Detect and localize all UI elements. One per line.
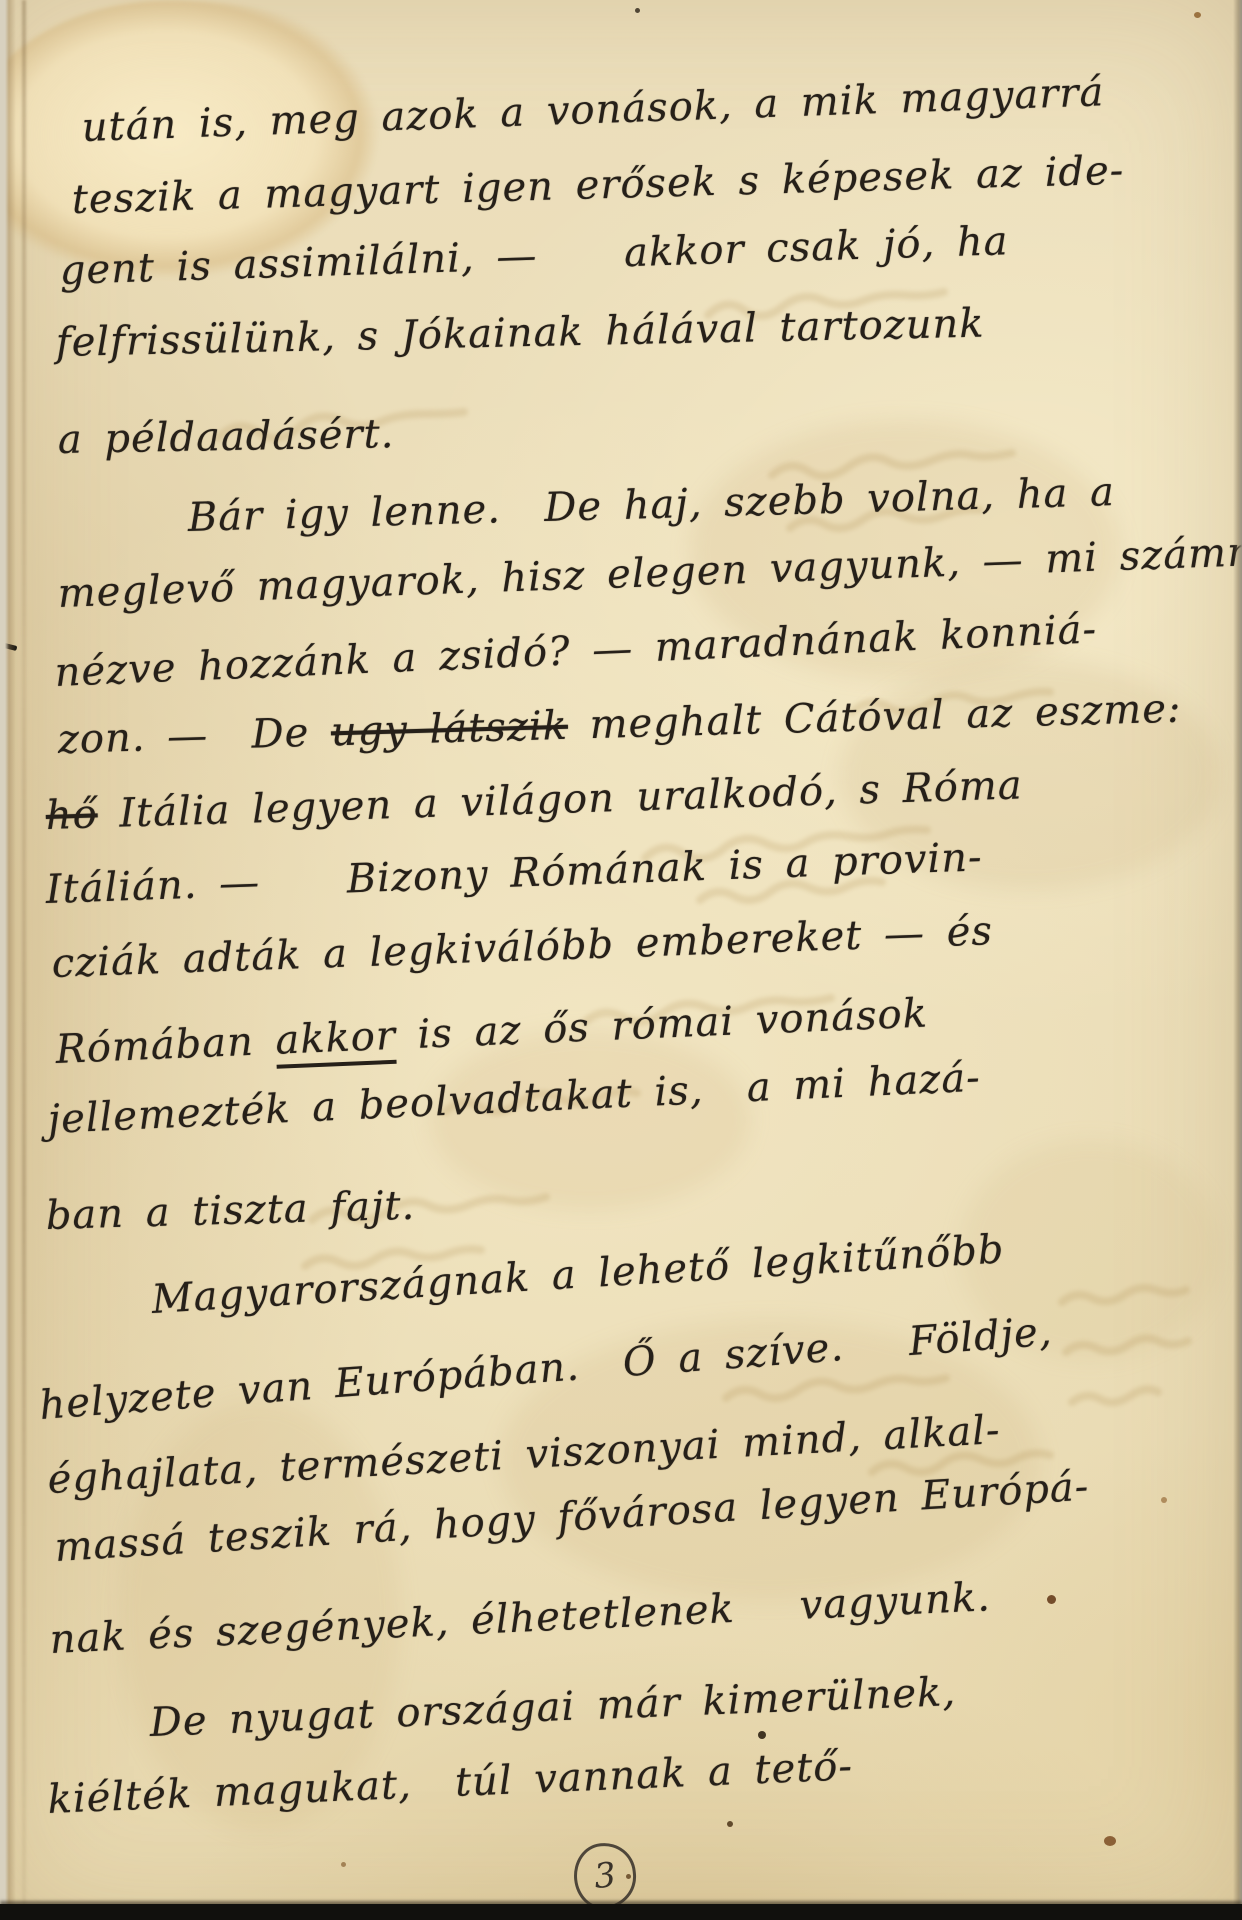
fox-spot bbox=[1104, 1836, 1116, 1846]
manuscript-line: a példaadásért. bbox=[57, 406, 394, 468]
strikethrough-text: ugy látszik bbox=[330, 703, 568, 756]
manuscript-line: Itálián. — Bizony Rómának is a provin- bbox=[45, 829, 984, 918]
scan-bottom-edge bbox=[0, 1904, 1242, 1920]
fox-spot bbox=[727, 1821, 733, 1827]
fox-spot bbox=[1194, 12, 1201, 18]
manuscript-line: ban a tiszta fajt. bbox=[45, 1178, 416, 1244]
manuscript-line: után is, meg azok a vonások, a mik magya… bbox=[81, 64, 1105, 156]
paper-right-edge bbox=[1233, 0, 1242, 1920]
ink-speck bbox=[758, 1731, 766, 1739]
margin-mark bbox=[0, 642, 17, 651]
manuscript-line: nak és szegények, élhetetlenek vagyunk. bbox=[48, 1569, 991, 1668]
paper-crease bbox=[22, 0, 26, 1920]
strikethrough-text: hő bbox=[45, 791, 98, 839]
ink-speck bbox=[635, 8, 640, 13]
manuscript-line: hő Itália legyen a világon uralkodó, s R… bbox=[45, 757, 1023, 844]
fox-spot bbox=[1161, 1497, 1167, 1503]
manuscript-line: felfrissülünk, s Jókainak hálával tartoz… bbox=[55, 296, 985, 371]
page-number: 3 bbox=[592, 1855, 618, 1897]
fox-spot bbox=[1047, 1595, 1056, 1604]
fox-spot bbox=[341, 1862, 346, 1867]
manuscript-line: cziák adták a legkiválóbb embereket — és bbox=[51, 903, 994, 992]
paper-left-edge bbox=[0, 0, 16, 1920]
underlined-word: akkor bbox=[275, 1013, 398, 1069]
manuscript-page: után is, meg azok a vonások, a mik magya… bbox=[0, 0, 1242, 1920]
manuscript-line: kiélték magukat, túl vannak a tető- bbox=[47, 1738, 854, 1828]
manuscript-line: gent is assimilálni, — akkor csak jó, ha bbox=[59, 213, 1009, 299]
page-number-badge: 3 bbox=[571, 1840, 640, 1912]
